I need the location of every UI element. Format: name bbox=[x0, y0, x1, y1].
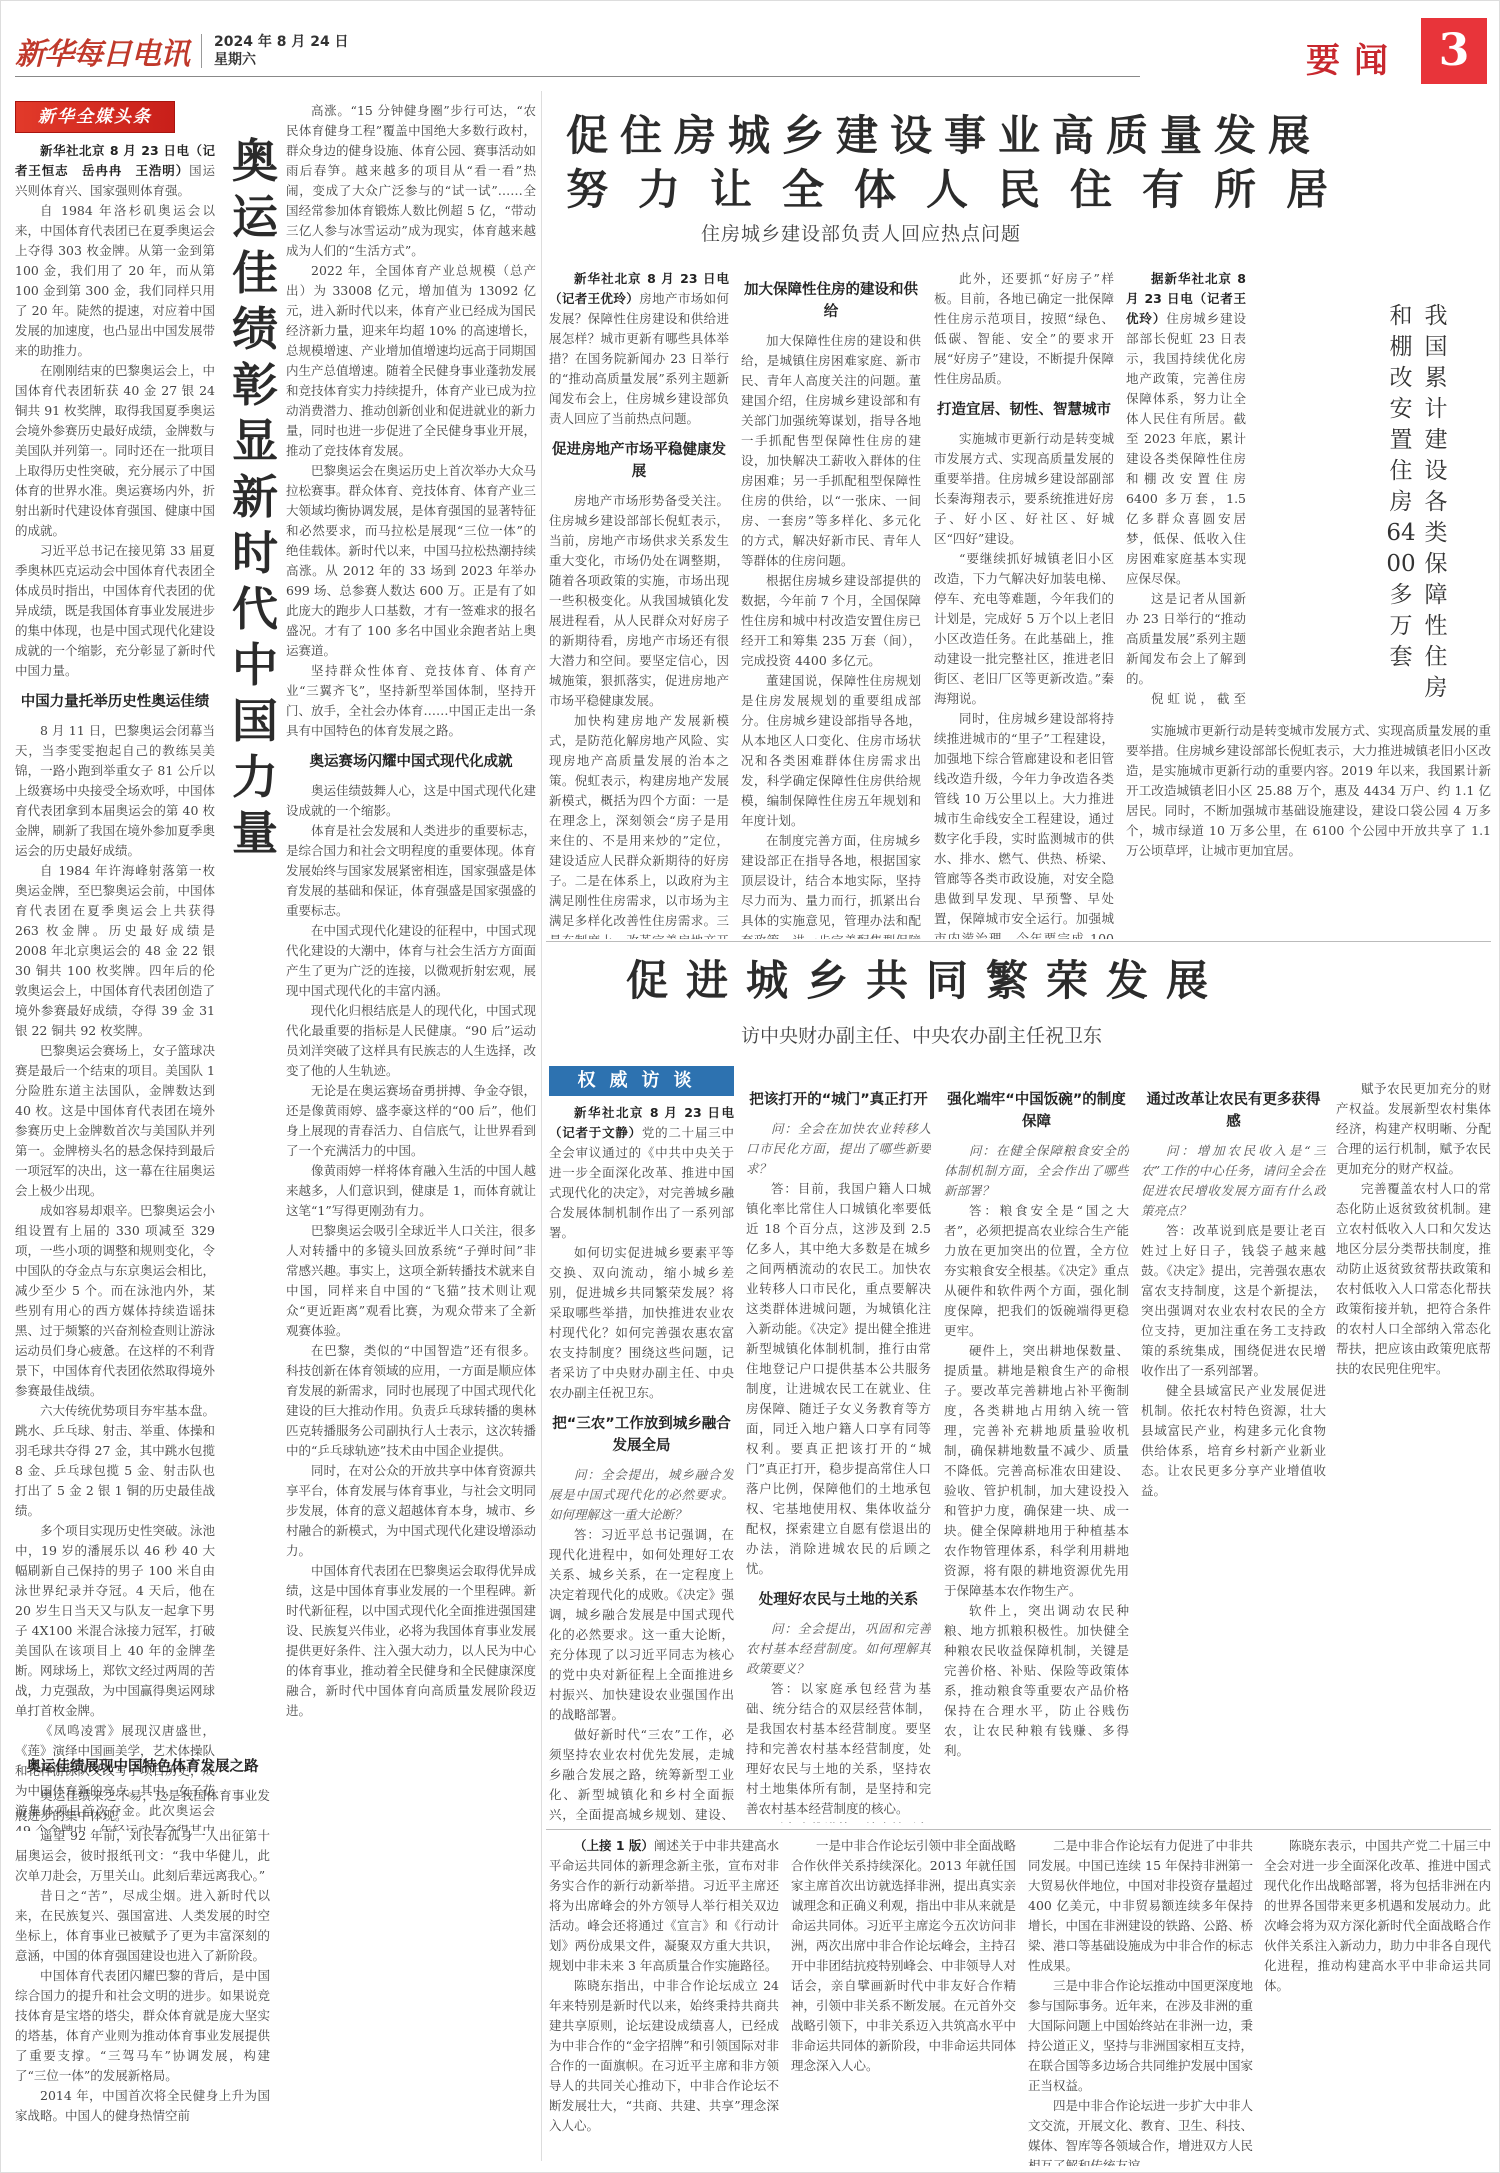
rural-column-5: 赋予农民更加充分的财产权益。发展新型农村集体经济，构建产权明晰、分配合理的运行机… bbox=[1336, 1079, 1491, 1823]
article-divider-bottom bbox=[546, 1829, 1491, 1830]
rural-subhead-3: 处理好农民与土地的关系 bbox=[746, 1589, 931, 1611]
rural-column-3: 强化端牢“中国饭碗”的制度保障 问：在健全保障粮食安全的体制机制方面，全会作出了… bbox=[944, 1079, 1129, 1823]
header-rule bbox=[15, 76, 1140, 77]
olympics-subhead-1: 中国力量托举历史性奥运佳绩 bbox=[15, 691, 215, 713]
olympics-column-2: 高涨。“15 分钟健身圈”步行可达，“农民体育健身工程”覆盖中国绝大多数行政村，… bbox=[286, 101, 536, 2166]
housing-subhead-2: 加大保障性住房的建设和供给 bbox=[741, 279, 921, 323]
africa-column-2: 一是中非合作论坛引领中非全面战略合作伙伴关系持续深化。2013 年就任国家主席首… bbox=[791, 1836, 1016, 2166]
masthead: 新华每日电讯 2024 年 8 月 24 日 星期六 bbox=[15, 29, 349, 73]
issue-date: 2024 年 8 月 24 日 bbox=[214, 33, 349, 51]
olympics-subhead-2: 奥运佳绩展现中国特色体育发展之路 bbox=[15, 1756, 270, 1778]
rural-column-1: 新华社北京 8 月 23 日电（记者于文静）党的二十届三中全会审议通过的《中共中… bbox=[549, 1103, 734, 1823]
rural-column-4: 通过改革让农民有更多获得感 问：增加农民收入是“三农”工作的中心任务，请问全会在… bbox=[1141, 1079, 1326, 1823]
rural-column-2: 把该打开的“城门”真正打开 问：全会在加快农业转移人口市民化方面，提出了哪些新要… bbox=[746, 1079, 931, 1823]
africa-column-3: 二是中非合作论坛有力促进了中非共同发展。中国已连续 15 年保持非洲第一大贸易伙… bbox=[1028, 1836, 1253, 2166]
olympics-byline: 新华社北京 8 月 23 日电（记者王恒志 岳冉冉 王浩明） bbox=[15, 143, 215, 178]
housing-column-2: 加大保障性住房的建设和供给 加大保障性住房的建设和供给，是城镇住房困难家庭、新市… bbox=[741, 269, 921, 939]
housing-sidebar-column: 据新华社北京 8 月 23 日电（记者王优玲）住房城乡建设部部长倪虹 23 日表… bbox=[1126, 269, 1246, 709]
column-divider bbox=[541, 91, 542, 2161]
africa-column-1: （上接 1 版）阐述关于中非共建高水平命运共同体的新理念新主张，宣布对非务实合作… bbox=[549, 1836, 779, 2166]
olympics-column-1: 新华社北京 8 月 23 日电（记者王恒志 岳冉冉 王浩明）国运兴则体育兴、国家… bbox=[15, 141, 215, 1831]
rural-subtitle: 访中央财办副主任、中央农办副主任祝卫东 bbox=[741, 1021, 1261, 1048]
rural-headline: 促进城乡共同繁荣发展 bbox=[626, 954, 1326, 1008]
rural-subhead-1: 把“三农”工作放到城乡融合发展全局 bbox=[549, 1413, 734, 1457]
rural-subhead-2: 把该打开的“城门”真正打开 bbox=[746, 1089, 931, 1111]
newspaper-logo: 新华每日电讯 bbox=[15, 29, 189, 73]
olympics-column-1-bottom: 奥运佳绩展现中国特色体育发展之路 奥运佳绩来之不易，这是我国体育事业发展进步的集… bbox=[15, 1746, 270, 2166]
page-number-badge: 3 bbox=[1421, 18, 1487, 84]
rural-subhead-4: 强化端牢“中国饭碗”的制度保障 bbox=[944, 1089, 1129, 1133]
housing-sidebar-bottom: 实施城市更新行动是转变城市发展方式、实现高质量发展的重要举措。住房城乡建设部部长… bbox=[1126, 721, 1491, 931]
issue-weekday: 星期六 bbox=[214, 51, 349, 69]
newspaper-page: 新华每日电讯 2024 年 8 月 24 日 星期六 要闻 3 新华全媒头条 奥… bbox=[0, 0, 1500, 2173]
rural-subhead-5: 通过改革让农民有更多获得感 bbox=[1141, 1089, 1326, 1133]
article-divider bbox=[546, 941, 1491, 942]
housing-subhead-1: 促进房地产市场平稳健康发展 bbox=[549, 439, 729, 483]
olympics-subhead-3: 奥运赛场闪耀中国式现代化成就 bbox=[286, 751, 536, 773]
housing-headline: 促住房城乡建设事业高质量发展 努力让全体人民住有所居 bbox=[566, 109, 1366, 217]
housing-pull-quote-col1: 我国累计建设各类保障性住房 bbox=[1421, 301, 1451, 704]
issue-date-block: 2024 年 8 月 24 日 星期六 bbox=[214, 33, 349, 69]
housing-subtitle: 住房城乡建设部负责人回应热点问题 bbox=[701, 219, 1261, 246]
housing-subhead-3: 打造宜居、韧性、智慧城市 bbox=[934, 399, 1114, 421]
authoritative-interview-tag: 权威访谈 bbox=[549, 1066, 734, 1096]
olympics-vertical-headline: 奥运佳绩彰显新时代中国力量 bbox=[225, 133, 285, 861]
housing-column-3: 此外，还要抓“好房子”样板。目前，各地已确定一批保障性住房示范项目，按照“绿色、… bbox=[934, 269, 1114, 939]
africa-column-4: 陈晓东表示，中国共产党二十届三中全会对进一步全面深化改革、推进中国式现代化作出战… bbox=[1264, 1836, 1491, 2166]
xinhua-headline-badge: 新华全媒头条 bbox=[15, 101, 175, 133]
housing-pull-quote-col2: 和棚改安置住房6400多万套 bbox=[1386, 301, 1416, 673]
section-name: 要闻 bbox=[1306, 33, 1402, 82]
masthead-divider bbox=[201, 34, 202, 68]
housing-column-1: 新华社北京 8 月 23 日电（记者王优玲）房地产市场如何发展？保障性住房建设和… bbox=[549, 269, 729, 939]
